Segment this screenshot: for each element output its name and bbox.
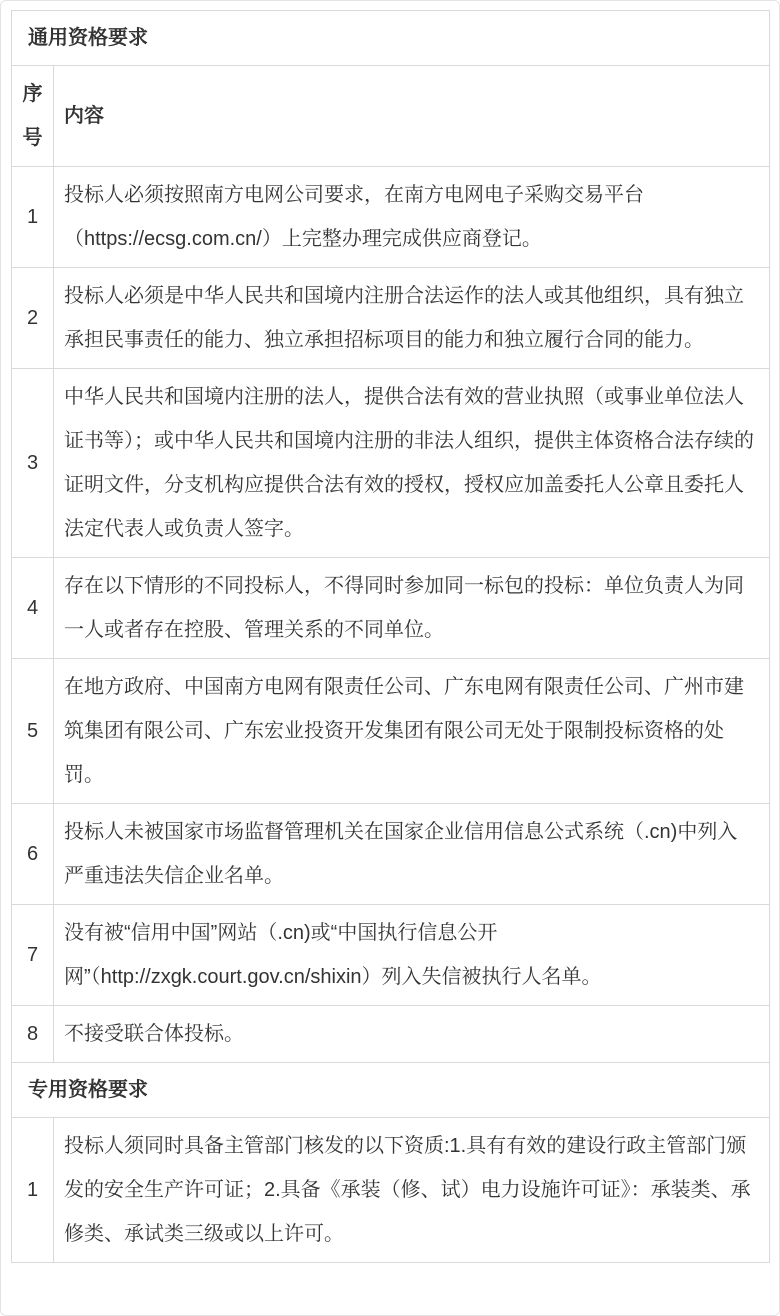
row-number: 6 (12, 804, 54, 905)
table-row: 6 投标人未被国家市场监督管理机关在国家企业信用信息公式系统（.cn)中列入严重… (12, 804, 770, 905)
column-header-row: 序号 内容 (12, 66, 770, 167)
row-number: 3 (12, 369, 54, 558)
row-number: 1 (12, 1118, 54, 1263)
row-number: 5 (12, 659, 54, 804)
section-header-general: 通用资格要求 (12, 11, 770, 66)
table-row: 8 不接受联合体投标。 (12, 1006, 770, 1063)
row-number: 2 (12, 268, 54, 369)
section-row-general: 通用资格要求 (12, 11, 770, 66)
row-content: 投标人必须是中华人民共和国境内注册合法运作的法人或其他组织，具有独立承担民事责任… (54, 268, 770, 369)
row-content: 在地方政府、中国南方电网有限责任公司、广东电网有限责任公司、广州市建筑集团有限公… (54, 659, 770, 804)
row-content: 投标人未被国家市场监督管理机关在国家企业信用信息公式系统（.cn)中列入严重违法… (54, 804, 770, 905)
table-row: 1 投标人须同时具备主管部门核发的以下资质:1.具有有效的建设行政主管部门颁发的… (12, 1118, 770, 1263)
row-content: 没有被“信用中国”网站（.cn)或“中国执行信息公开网”（http://zxgk… (54, 905, 770, 1006)
page-container: 通用资格要求 序号 内容 1 投标人必须按照南方电网公司要求，在南方电网电子采购… (0, 0, 780, 1316)
row-content: 中华人民共和国境内注册的法人，提供合法有效的营业执照（或事业单位法人证书等）；或… (54, 369, 770, 558)
table-row: 7 没有被“信用中国”网站（.cn)或“中国执行信息公开网”（http://zx… (12, 905, 770, 1006)
row-content: 投标人须同时具备主管部门核发的以下资质:1.具有有效的建设行政主管部门颁发的安全… (54, 1118, 770, 1263)
row-content: 投标人必须按照南方电网公司要求，在南方电网电子采购交易平台（https://ec… (54, 167, 770, 268)
table-row: 3 中华人民共和国境内注册的法人，提供合法有效的营业执照（或事业单位法人证书等）… (12, 369, 770, 558)
qualification-requirements-table: 通用资格要求 序号 内容 1 投标人必须按照南方电网公司要求，在南方电网电子采购… (11, 10, 770, 1263)
row-content: 存在以下情形的不同投标人，不得同时参加同一标包的投标：单位负责人为同一人或者存在… (54, 558, 770, 659)
table-row: 1 投标人必须按照南方电网公司要求，在南方电网电子采购交易平台（https://… (12, 167, 770, 268)
col-header-no: 序号 (12, 66, 54, 167)
table-row: 5 在地方政府、中国南方电网有限责任公司、广东电网有限责任公司、广州市建筑集团有… (12, 659, 770, 804)
table-row: 4 存在以下情形的不同投标人，不得同时参加同一标包的投标：单位负责人为同一人或者… (12, 558, 770, 659)
row-number: 8 (12, 1006, 54, 1063)
row-content: 不接受联合体投标。 (54, 1006, 770, 1063)
section-row-special: 专用资格要求 (12, 1063, 770, 1118)
row-number: 1 (12, 167, 54, 268)
row-number: 7 (12, 905, 54, 1006)
col-header-content: 内容 (54, 66, 770, 167)
table-row: 2 投标人必须是中华人民共和国境内注册合法运作的法人或其他组织，具有独立承担民事… (12, 268, 770, 369)
section-header-special: 专用资格要求 (12, 1063, 770, 1118)
row-number: 4 (12, 558, 54, 659)
